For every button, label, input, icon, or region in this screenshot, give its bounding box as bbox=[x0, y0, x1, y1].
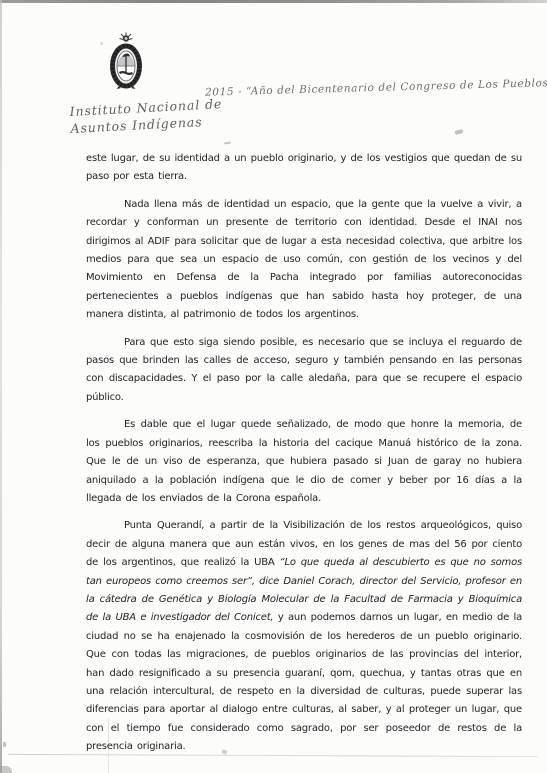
institution-name: Instituto Nacional de Asuntos Indígenas bbox=[69, 95, 223, 137]
scanned-letter-page: 2015 - “Año del Bicentenario del Congres… bbox=[0, 0, 547, 773]
letter-body: este lugar, de su identidad a un pueblo … bbox=[86, 150, 522, 766]
body-text-run: este lugar, de su identidad a un pueblo … bbox=[86, 153, 522, 182]
scan-top-edge-artifact bbox=[0, 0, 547, 3]
body-text-run: Es dable que el lugar quede señalizado, … bbox=[86, 419, 522, 504]
scan-speck bbox=[455, 129, 464, 135]
argentina-coat-of-arms-icon bbox=[106, 32, 146, 92]
paragraph: este lugar, de su identidad a un pueblo … bbox=[86, 150, 522, 187]
scan-speck bbox=[224, 142, 231, 145]
scan-left-edge-artifact bbox=[0, 0, 2, 773]
paragraph: Punta Querandí, a partir de la Visibiliz… bbox=[86, 517, 522, 756]
scan-speck bbox=[100, 42, 103, 45]
paragraph: Para que esto siga siendo posible, es ne… bbox=[86, 334, 522, 408]
body-text-run: y aun podemos darnos un lugar, en medio … bbox=[86, 612, 522, 752]
scan-corner-blot-artifact bbox=[0, 766, 12, 773]
paragraph: Es dable que el lugar quede señalizado, … bbox=[86, 416, 522, 508]
body-text-run: Nada llena más de identidad un espacio, … bbox=[86, 199, 522, 320]
year-motto: 2015 - “Año del Bicentenario del Congres… bbox=[205, 77, 540, 98]
body-text-run: Para que esto siga siendo posible, es ne… bbox=[86, 337, 522, 403]
paragraph: Nada llena más de identidad un espacio, … bbox=[86, 196, 522, 325]
scan-speck bbox=[3, 742, 6, 747]
